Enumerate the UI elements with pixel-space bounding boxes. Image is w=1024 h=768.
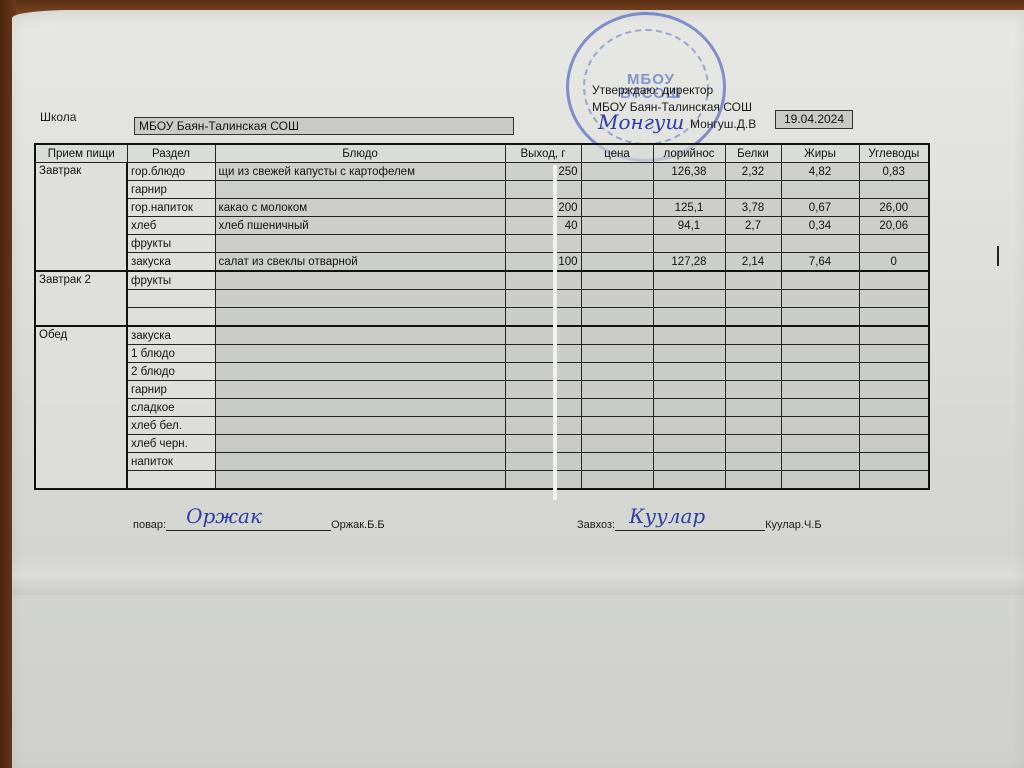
calories-cell: 94,1 <box>653 217 725 235</box>
table-row <box>35 290 929 308</box>
section-cell: хлеб бел. <box>127 417 215 435</box>
yield-cell <box>505 417 581 435</box>
fat-cell <box>781 308 859 327</box>
section-cell: 2 блюдо <box>127 363 215 381</box>
calories-cell <box>653 399 725 417</box>
fat-cell <box>781 435 859 453</box>
table-row: хлеб бел. <box>35 417 929 435</box>
table-row: гарнир <box>35 381 929 399</box>
column-header: цена <box>581 144 653 163</box>
calories-cell <box>653 271 725 290</box>
table-row: 1 блюдо <box>35 345 929 363</box>
cook-signature: Оржак <box>186 504 262 528</box>
calories-cell <box>653 345 725 363</box>
section-cell <box>127 290 215 308</box>
menu-table: Прием пищиРазделБлюдоВыход, гценалорийно… <box>34 143 930 490</box>
price-cell <box>581 381 653 399</box>
price-cell <box>581 417 653 435</box>
carbs-cell <box>859 308 929 327</box>
protein-cell: 3,78 <box>725 199 781 217</box>
section-cell: закуска <box>127 326 215 345</box>
protein-cell <box>725 471 781 490</box>
section-cell: гор.блюдо <box>127 163 215 181</box>
protein-cell: 2,7 <box>725 217 781 235</box>
calories-cell <box>653 417 725 435</box>
yield-cell <box>505 326 581 345</box>
dish-cell <box>215 363 505 381</box>
paper-fold <box>12 555 1024 595</box>
yield-cell <box>505 235 581 253</box>
table-row: Завтракгор.блюдощи из свежей капусты с к… <box>35 163 929 181</box>
table-row: гарнир <box>35 181 929 199</box>
dish-cell: какао с молоком <box>215 199 505 217</box>
protein-cell: 2,32 <box>725 163 781 181</box>
carbs-cell <box>859 417 929 435</box>
protein-cell <box>725 290 781 308</box>
price-cell <box>581 453 653 471</box>
fat-cell <box>781 345 859 363</box>
price-cell <box>581 199 653 217</box>
dish-cell <box>215 417 505 435</box>
protein-cell <box>725 381 781 399</box>
section-cell: 1 блюдо <box>127 345 215 363</box>
table-row: закускасалат из свеклы отварной100127,28… <box>35 253 929 272</box>
protein-cell <box>725 345 781 363</box>
carbs-cell <box>859 363 929 381</box>
director-signature: Монгуш <box>598 110 684 134</box>
yield-cell <box>505 290 581 308</box>
dish-cell <box>215 290 505 308</box>
dish-cell: щи из свежей капусты с картофелем <box>215 163 505 181</box>
carbs-cell: 0 <box>859 253 929 272</box>
calories-cell <box>653 453 725 471</box>
yield-cell <box>505 453 581 471</box>
table-header-row: Прием пищиРазделБлюдоВыход, гценалорийно… <box>35 144 929 163</box>
price-cell <box>581 326 653 345</box>
dish-cell <box>215 345 505 363</box>
carbs-cell <box>859 290 929 308</box>
table-row: 2 блюдо <box>35 363 929 381</box>
manager-signature: Куулар <box>629 504 705 528</box>
yield-cell: 200 <box>505 199 581 217</box>
school-name-field: МБОУ Баян-Талинская СОШ <box>134 117 514 135</box>
cook-label: повар: <box>133 519 166 531</box>
fat-cell <box>781 290 859 308</box>
fat-cell <box>781 363 859 381</box>
protein-cell <box>725 181 781 199</box>
carbs-cell <box>859 399 929 417</box>
calories-cell: 126,38 <box>653 163 725 181</box>
column-header: Раздел <box>127 144 215 163</box>
carbs-cell <box>859 381 929 399</box>
cook-name: Оржак.Б.Б <box>331 519 385 531</box>
section-cell: гарнир <box>127 381 215 399</box>
dish-cell <box>215 235 505 253</box>
fat-cell <box>781 381 859 399</box>
table-row <box>35 308 929 327</box>
yield-cell <box>505 471 581 490</box>
table-row: сладкое <box>35 399 929 417</box>
section-cell: напиток <box>127 453 215 471</box>
dish-cell <box>215 381 505 399</box>
price-cell <box>581 271 653 290</box>
dish-cell: хлеб пшеничный <box>215 217 505 235</box>
yield-cell: 100 <box>505 253 581 272</box>
price-cell <box>581 290 653 308</box>
carbs-cell: 0,83 <box>859 163 929 181</box>
dish-cell: салат из свеклы отварной <box>215 253 505 272</box>
fat-cell <box>781 399 859 417</box>
yield-cell: 250 <box>505 163 581 181</box>
column-header: Белки <box>725 144 781 163</box>
cook-signature-underline: Оржак <box>166 518 331 531</box>
column-header: лорийнос <box>653 144 725 163</box>
fat-cell <box>781 235 859 253</box>
price-cell <box>581 181 653 199</box>
yield-cell <box>505 308 581 327</box>
protein-cell <box>725 417 781 435</box>
section-cell: хлеб черн. <box>127 435 215 453</box>
protein-cell <box>725 271 781 290</box>
meal-name-cell: Обед <box>35 326 127 489</box>
fat-cell <box>781 271 859 290</box>
section-cell: гарнир <box>127 181 215 199</box>
yield-cell <box>505 181 581 199</box>
column-header: Прием пищи <box>35 144 127 163</box>
calories-cell <box>653 471 725 490</box>
table-row: гор.напитоккакао с молоком200125,13,780,… <box>35 199 929 217</box>
margin-mark <box>997 246 999 266</box>
carbs-cell <box>859 435 929 453</box>
dish-cell <box>215 326 505 345</box>
dish-cell <box>215 435 505 453</box>
column-header: Блюдо <box>215 144 505 163</box>
calories-cell <box>653 290 725 308</box>
price-cell <box>581 217 653 235</box>
carbs-cell <box>859 453 929 471</box>
price-cell <box>581 435 653 453</box>
yield-cell <box>505 381 581 399</box>
fat-cell <box>781 326 859 345</box>
calories-cell <box>653 181 725 199</box>
fat-cell: 4,82 <box>781 163 859 181</box>
price-cell <box>581 235 653 253</box>
price-cell <box>581 253 653 272</box>
fat-cell <box>781 453 859 471</box>
carbs-cell <box>859 326 929 345</box>
yield-cell <box>505 399 581 417</box>
section-cell: сладкое <box>127 399 215 417</box>
approval-line-1: Утверждаю: директор <box>592 82 752 99</box>
director-name: Монгуш.Д.В <box>690 117 756 131</box>
protein-cell <box>725 326 781 345</box>
dish-cell <box>215 181 505 199</box>
fat-cell <box>781 417 859 435</box>
protein-cell <box>725 453 781 471</box>
protein-cell <box>725 235 781 253</box>
table-row: напиток <box>35 453 929 471</box>
meal-name-cell: Завтрак 2 <box>35 271 127 326</box>
calories-cell <box>653 435 725 453</box>
meal-name-cell: Завтрак <box>35 163 127 272</box>
column-header: Жиры <box>781 144 859 163</box>
carbs-cell <box>859 235 929 253</box>
section-cell <box>127 308 215 327</box>
carbs-cell <box>859 181 929 199</box>
calories-cell <box>653 326 725 345</box>
section-cell: фрукты <box>127 235 215 253</box>
fat-cell: 0,67 <box>781 199 859 217</box>
section-cell: закуска <box>127 253 215 272</box>
calories-cell <box>653 235 725 253</box>
date-field: 19.04.2024 <box>775 110 853 129</box>
yield-cell <box>505 363 581 381</box>
table-row: хлебхлеб пшеничный4094,12,70,3420,06 <box>35 217 929 235</box>
fat-cell <box>781 471 859 490</box>
protein-cell <box>725 435 781 453</box>
section-cell: хлеб <box>127 217 215 235</box>
protein-cell <box>725 308 781 327</box>
yield-cell <box>505 271 581 290</box>
carbs-cell <box>859 271 929 290</box>
table-row: Завтрак 2фрукты <box>35 271 929 290</box>
fat-cell: 7,64 <box>781 253 859 272</box>
section-cell: гор.напиток <box>127 199 215 217</box>
table-row: Обедзакуска <box>35 326 929 345</box>
table-row: фрукты <box>35 235 929 253</box>
fat-cell: 0,34 <box>781 217 859 235</box>
dish-cell <box>215 308 505 327</box>
carbs-cell <box>859 345 929 363</box>
dish-cell <box>215 471 505 490</box>
protein-cell <box>725 399 781 417</box>
price-cell <box>581 363 653 381</box>
column-header: Углеводы <box>859 144 929 163</box>
calories-cell <box>653 363 725 381</box>
fat-cell <box>781 181 859 199</box>
section-cell: фрукты <box>127 271 215 290</box>
price-cell <box>581 399 653 417</box>
calories-cell: 125,1 <box>653 199 725 217</box>
price-cell <box>581 345 653 363</box>
manager-signature-line: Завхоз:Куулар Куулар.Ч.Б <box>577 518 822 531</box>
dish-cell <box>215 271 505 290</box>
yield-cell <box>505 435 581 453</box>
dish-cell <box>215 453 505 471</box>
carbs-cell: 20,06 <box>859 217 929 235</box>
protein-cell <box>725 363 781 381</box>
price-cell <box>581 308 653 327</box>
manager-signature-underline: Куулар <box>615 518 765 531</box>
protein-cell: 2,14 <box>725 253 781 272</box>
section-cell <box>127 471 215 490</box>
school-label: Школа <box>40 110 76 124</box>
column-header: Выход, г <box>505 144 581 163</box>
paper-tear-line <box>553 165 557 500</box>
yield-cell <box>505 345 581 363</box>
cook-signature-line: повар:Оржак Оржак.Б.Б <box>133 518 385 531</box>
price-cell <box>581 163 653 181</box>
carbs-cell: 26,00 <box>859 199 929 217</box>
dish-cell <box>215 399 505 417</box>
calories-cell: 127,28 <box>653 253 725 272</box>
yield-cell: 40 <box>505 217 581 235</box>
calories-cell <box>653 381 725 399</box>
calories-cell <box>653 308 725 327</box>
carbs-cell <box>859 471 929 490</box>
manager-name: Куулар.Ч.Б <box>765 519 821 531</box>
manager-label: Завхоз: <box>577 519 615 531</box>
table-row: хлеб черн. <box>35 435 929 453</box>
table-row <box>35 471 929 490</box>
price-cell <box>581 471 653 490</box>
